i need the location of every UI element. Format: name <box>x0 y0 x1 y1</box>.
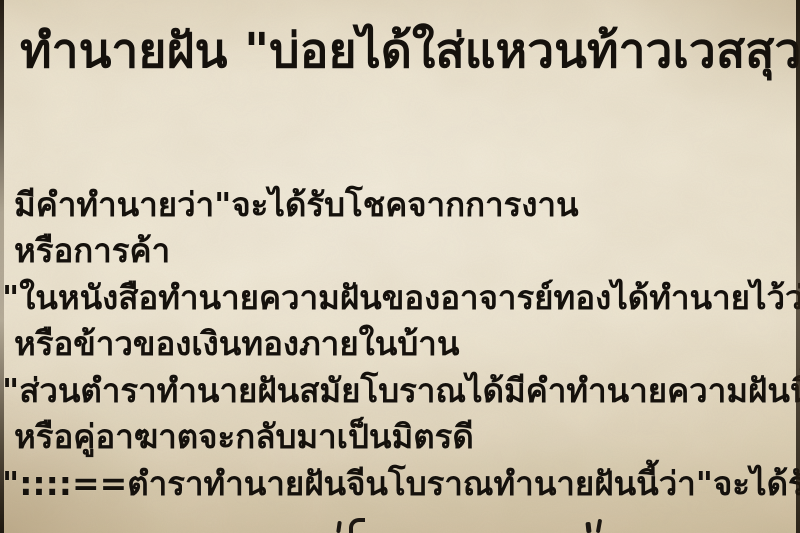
body-line-3: "ในหนังสือทำนายความฝันของอาจารย์ทองได้ทำ… <box>2 275 800 321</box>
body-line-4: หรือข้าวของเงินทองภายในบ้าน <box>14 321 459 367</box>
left-edge-shadow <box>0 0 4 533</box>
cutoff-line-diacritic-mark <box>596 519 602 533</box>
body-line-6: หรือคู่อาฆาตจะกลับมาเป็นมิตรดี <box>14 414 474 460</box>
image-canvas: ทำนายฝัน "บ่อยได้ใส่แหวนท้าวเวสสุวรรณ มี… <box>0 0 800 533</box>
cutoff-line-diacritic-mark <box>349 518 365 533</box>
cutoff-line-diacritic-mark <box>585 522 591 533</box>
page-title: ทำนายฝัน "บ่อยได้ใส่แหวนท้าวเวสสุวรรณ <box>20 8 800 94</box>
cutoff-line-diacritic-mark <box>336 521 342 533</box>
body-line-7: "::::==ตำราทำนายฝันจีนโบราณทำนายฝันนี้ว่… <box>2 461 800 507</box>
body-line-1: มีคำทำนายว่า"จะได้รับโชคจากการงาน <box>14 182 579 228</box>
body-line-2: หรือการค้า <box>14 228 170 274</box>
body-line-5: "ส่วนตำราทำนายฝันสมัยโบราณได้มีคำทำนายคว… <box>2 368 800 414</box>
